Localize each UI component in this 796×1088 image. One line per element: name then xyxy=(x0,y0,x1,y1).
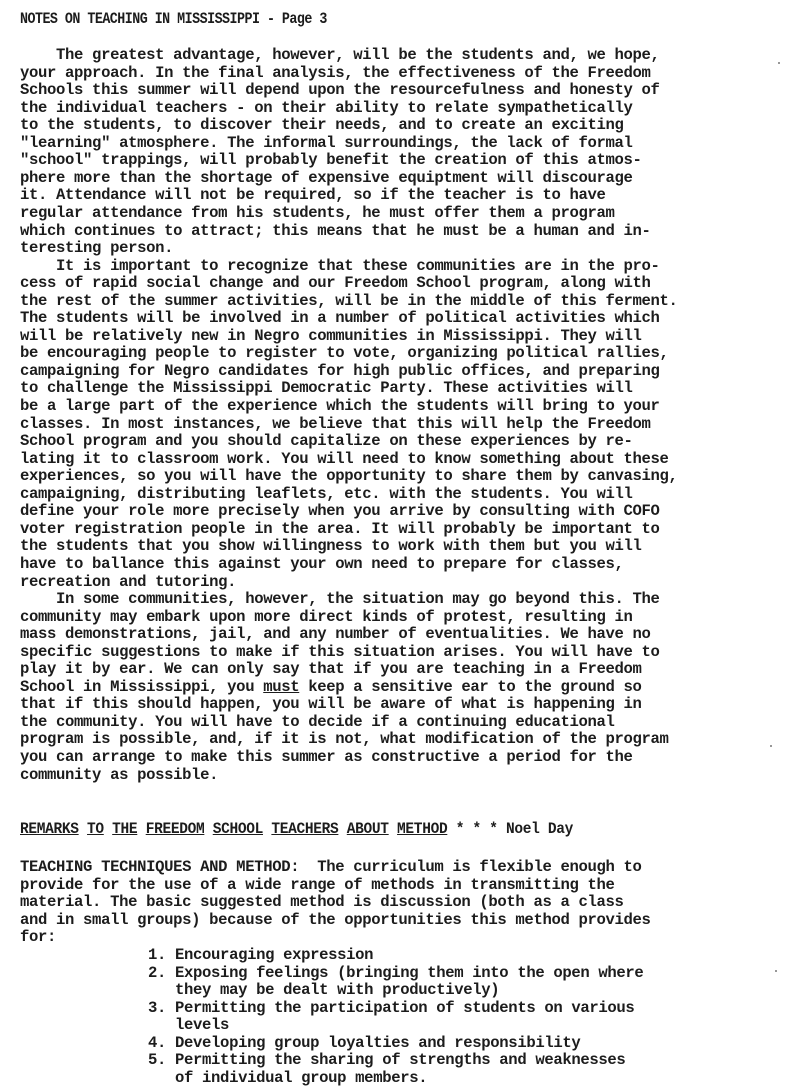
body-text-line: School program and you should capitalize… xyxy=(20,432,633,450)
body-text-line: your approach. In the final analysis, th… xyxy=(20,64,651,82)
body-text-line: program is possible, and, if it is not, … xyxy=(20,730,669,748)
body-text-line: voter registration people in the area. I… xyxy=(20,520,660,538)
body-text-line: it. Attendance will not be required, so … xyxy=(20,186,606,204)
page-header: NOTES ON TEACHING IN MISSISSIPPI - Page … xyxy=(20,10,327,28)
remarks-title-word: METHOD xyxy=(397,820,447,838)
body-text-line: which continues to attract; this means t… xyxy=(20,222,651,240)
body-text-line: and in small groups) because of the oppo… xyxy=(20,911,651,929)
body-text-line: be encouraging people to register to vot… xyxy=(20,344,669,362)
list-item: 5. Permitting the sharing of strengths a… xyxy=(148,1051,625,1069)
list-item: 4. Developing group loyalties and respon… xyxy=(148,1034,580,1052)
body-text-line: "school" trappings, will probably benefi… xyxy=(20,151,642,169)
remarks-stars: * * * xyxy=(456,820,506,838)
body-text-line: material. The basic suggested method is … xyxy=(20,893,624,911)
body-text-line: TEACHING TECHNIQUES AND METHOD: The curr… xyxy=(20,858,642,876)
header-separator: - xyxy=(267,10,274,28)
body-text-line: recreation and tutoring. xyxy=(20,573,236,591)
body-text-line: The students will be involved in a numbe… xyxy=(20,309,660,327)
body-text-line: School in Mississippi, you must keep a s… xyxy=(20,678,642,696)
body-text-line: the students that you show willingness t… xyxy=(20,537,642,555)
list-item: 3. Permitting the participation of stude… xyxy=(148,999,634,1017)
page-number: Page 3 xyxy=(282,10,327,28)
body-text-line: to the students, to discover their needs… xyxy=(20,116,624,134)
scan-speck xyxy=(775,970,777,972)
remarks-title-word: TO xyxy=(87,820,104,838)
body-text-line: teresting person. xyxy=(20,239,173,257)
remarks-title-word: THE xyxy=(112,820,137,838)
body-text-line: provide for the use of a wide range of m… xyxy=(20,876,615,894)
list-item-continuation: of individual group members. xyxy=(148,1069,427,1087)
body-text-line: play it by ear. We can only say that if … xyxy=(20,660,642,678)
body-text-line: Schools this summer will depend upon the… xyxy=(20,81,660,99)
scan-speck xyxy=(778,62,780,64)
body-text-line: "learning" atmosphere. The informal surr… xyxy=(20,134,633,152)
body-text-line: that if this should happen, you will be … xyxy=(20,695,642,713)
body-text-line: the community. You will have to decide i… xyxy=(20,713,615,731)
emphasis-must: must xyxy=(263,678,299,696)
remarks-title-word: FREEDOM xyxy=(146,820,205,838)
body-text-line: classes. In most instances, we believe t… xyxy=(20,415,651,433)
body-text-line: It is important to recognize that these … xyxy=(20,257,660,275)
body-text-line: cess of rapid social change and our Free… xyxy=(20,274,651,292)
body-text-line: campaigning for Negro candidates for hig… xyxy=(20,362,660,380)
body-text-line: specific suggestions to make if this sit… xyxy=(20,643,660,661)
remarks-title-word: ABOUT xyxy=(347,820,389,838)
body-text-line: phere more than the shortage of expensiv… xyxy=(20,169,633,187)
body-text-line: regular attendance from his students, he… xyxy=(20,204,615,222)
remarks-author: Noel Day xyxy=(506,820,573,838)
header-title: NOTES ON TEACHING IN MISSISSIPPI xyxy=(20,10,259,28)
list-item-continuation: they may be dealt with productively) xyxy=(148,981,499,999)
body-text-line: In some communities, however, the situat… xyxy=(20,590,660,608)
body-text-line: for: xyxy=(20,928,56,946)
body-text-line: be a large part of the experience which … xyxy=(20,397,660,415)
body-text-line: The greatest advantage, however, will be… xyxy=(20,46,660,64)
body-text-line: lating it to classroom work. You will ne… xyxy=(20,450,669,468)
remarks-heading: REMARKS TO THE FREEDOM SCHOOL TEACHERS A… xyxy=(20,820,573,838)
body-text-line: community as possible. xyxy=(20,766,218,784)
document-page: NOTES ON TEACHING IN MISSISSIPPI - Page … xyxy=(0,0,796,1088)
body-text-line: to challenge the Mississippi Democratic … xyxy=(20,379,633,397)
body-text-line: the individual teachers - on their abili… xyxy=(20,99,633,117)
list-item: 1. Encouraging expression xyxy=(148,946,373,964)
body-text-line: campaigning, distributing leaflets, etc.… xyxy=(20,485,633,503)
body-text-line: you can arrange to make this summer as c… xyxy=(20,748,633,766)
scan-speck xyxy=(770,745,772,747)
body-text-line: define your role more precisely when you… xyxy=(20,502,660,520)
body-text-line: experiences, so you will have the opport… xyxy=(20,467,678,485)
list-item-continuation: levels xyxy=(148,1016,229,1034)
remarks-title-word: TEACHERS xyxy=(271,820,338,838)
remarks-title-word: SCHOOL xyxy=(213,820,263,838)
body-text-line: will be relatively new in Negro communit… xyxy=(20,327,642,345)
body-text-line: community may embark upon more direct ki… xyxy=(20,608,633,626)
body-text-line: have to ballance this against your own n… xyxy=(20,555,624,573)
list-item: 2. Exposing feelings (bringing them into… xyxy=(148,964,643,982)
body-text-line: the rest of the summer activities, will … xyxy=(20,292,678,310)
remarks-title-word: REMARKS xyxy=(20,820,79,838)
body-text-line: mass demonstrations, jail, and any numbe… xyxy=(20,625,651,643)
